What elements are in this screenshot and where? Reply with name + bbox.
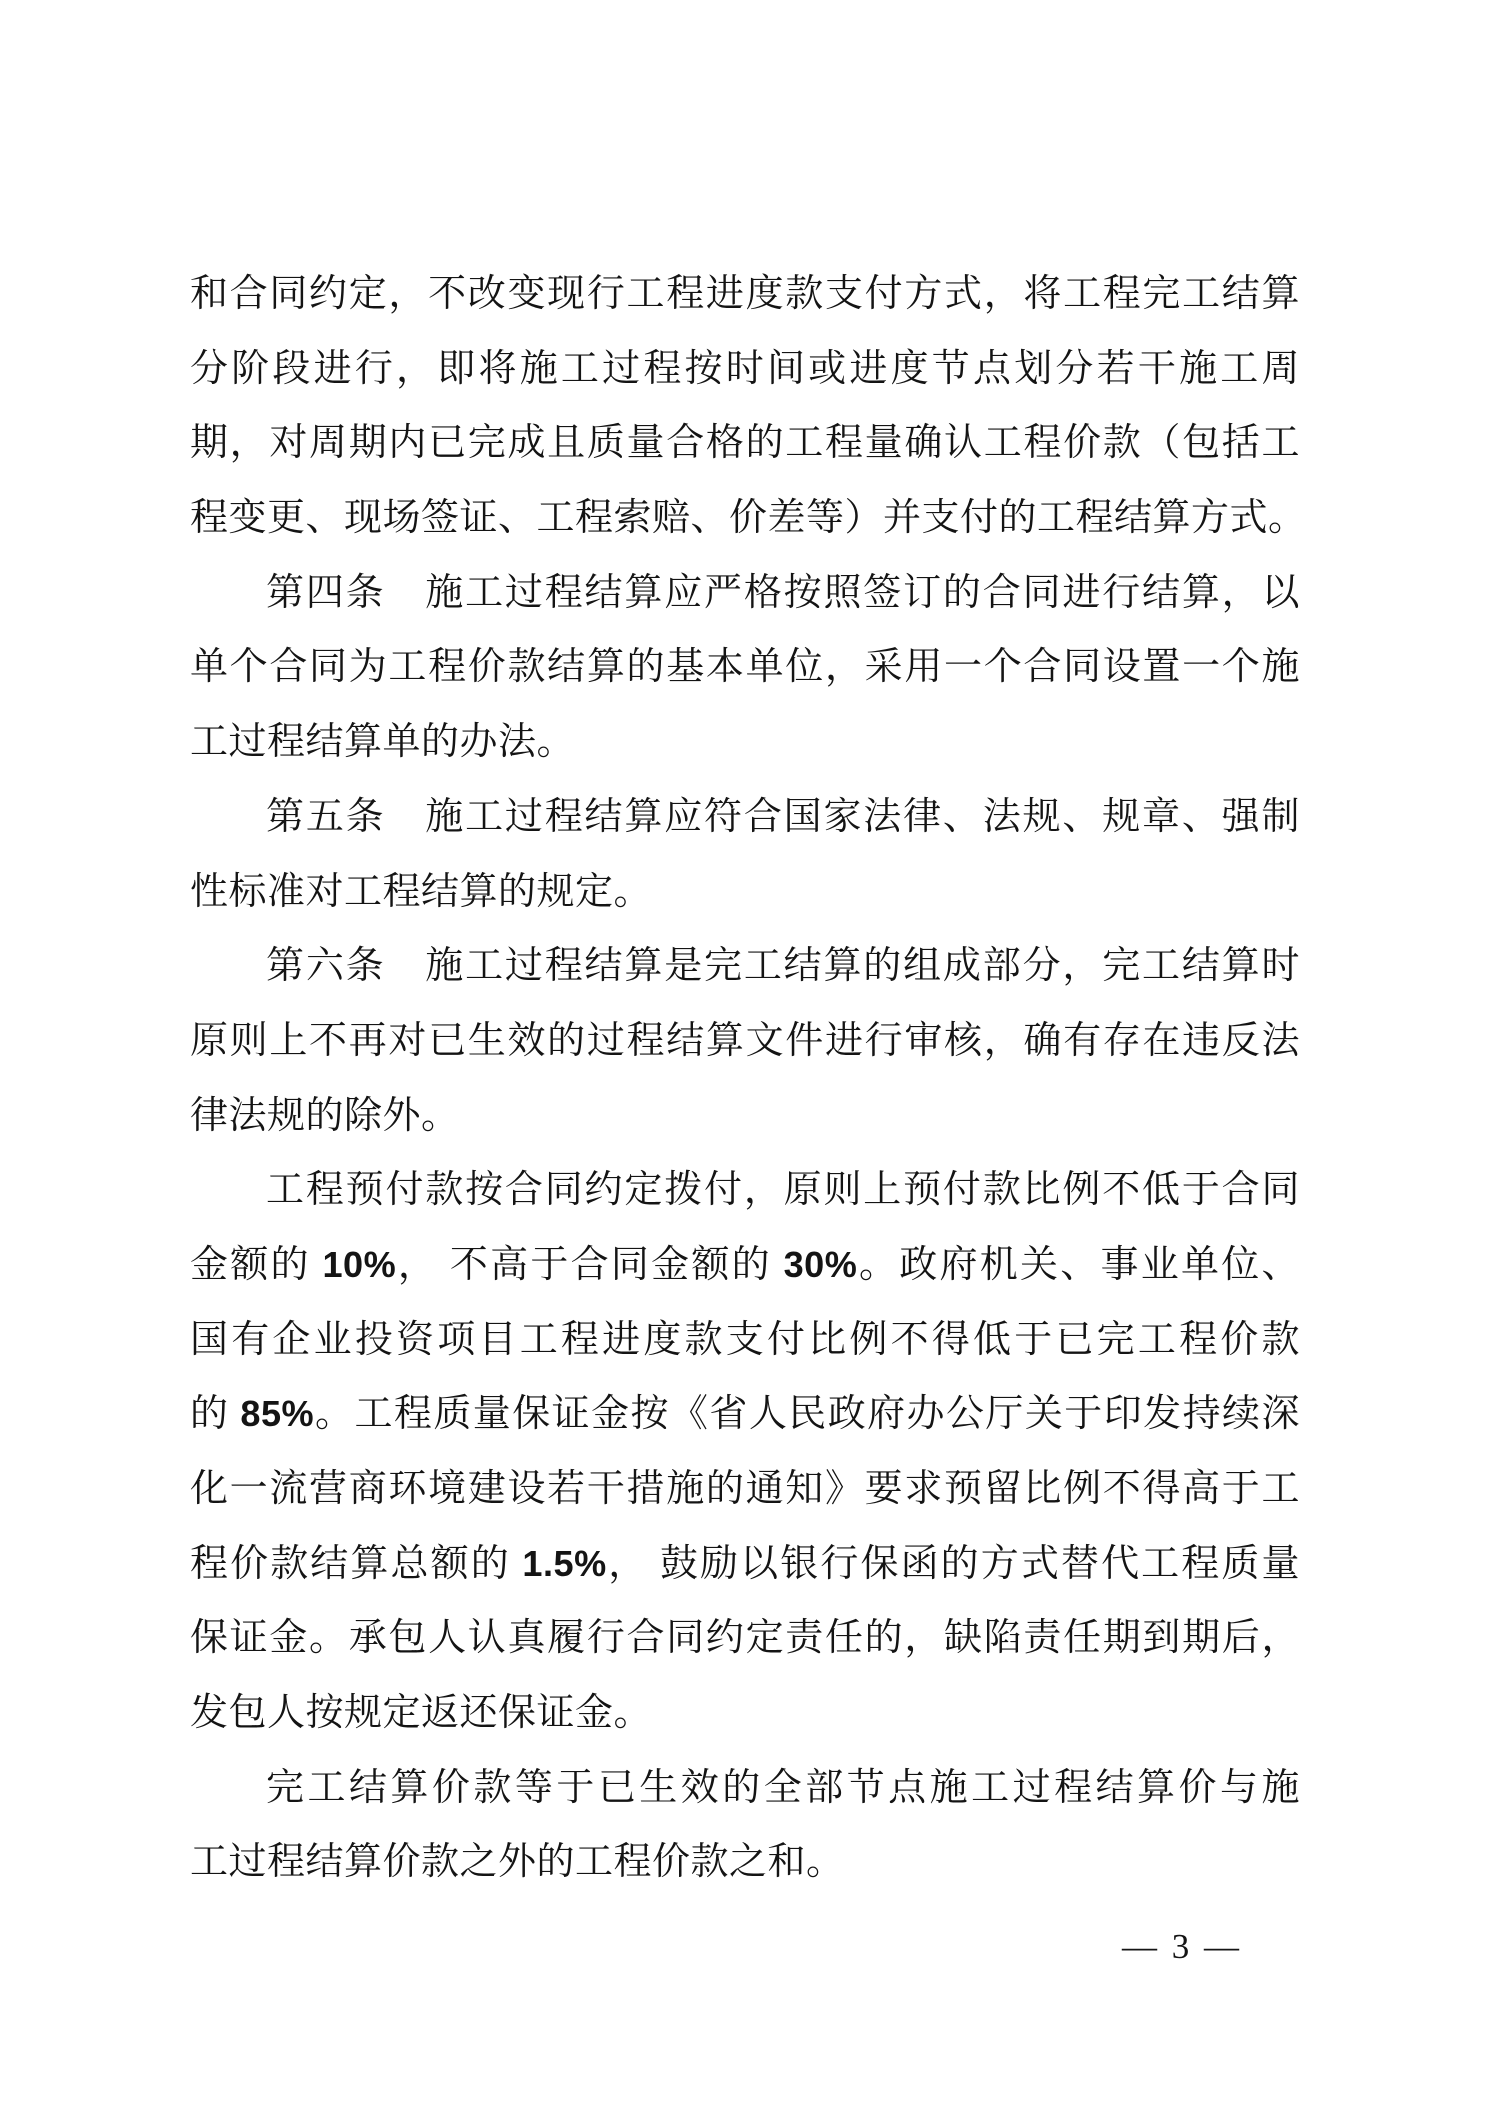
text-line: 程价款结算总额的 1.5%， 鼓励以银行保函的方式替代工程质量 <box>190 1527 1300 1602</box>
document-page: 和合同约定，不改变现行工程进度款支付方式，将工程完工结算分阶段进行，即将施工过程… <box>0 0 1488 2104</box>
body-text: 和合同约定，不改变现行工程进度款支付方式，将工程完工结算分阶段进行，即将施工过程… <box>190 257 1300 1900</box>
text-line: 化一流营商环境建设若干措施的通知》要求预留比例不得高于工 <box>190 1452 1300 1527</box>
numeric-value: 1.5% <box>522 1543 606 1584</box>
text-line: 保证金。承包人认真履行合同约定责任的，缺陷责任期到期后， <box>190 1601 1300 1676</box>
text-line: 发包人按规定返还保证金。 <box>190 1676 1300 1751</box>
text-line: 的 85%。工程质量保证金按《省人民政府办公厅关于印发持续深 <box>190 1377 1300 1452</box>
text-line: 金额的 10%， 不高于合同金额的 30%。政府机关、事业单位、 <box>190 1228 1300 1303</box>
text-line: 单个合同为工程价款结算的基本单位，采用一个合同设置一个施 <box>190 630 1300 705</box>
text-line: 第六条 施工过程结算是完工结算的组成部分，完工结算时 <box>190 929 1300 1004</box>
numeric-value: 30% <box>784 1244 858 1285</box>
text-line: 程变更、现场签证、工程索赔、价差等）并支付的工程结算方式。 <box>190 481 1300 556</box>
text-line: 完工结算价款等于已生效的全部节点施工过程结算价与施 <box>190 1751 1300 1826</box>
text-line: 分阶段进行，即将施工过程按时间或进度节点划分若干施工周 <box>190 332 1300 407</box>
text-line: 工过程结算单的办法。 <box>190 705 1300 780</box>
text-line: 律法规的除外。 <box>190 1079 1300 1154</box>
text-line: 性标准对工程结算的规定。 <box>190 855 1300 930</box>
text-line: 和合同约定，不改变现行工程进度款支付方式，将工程完工结算 <box>190 257 1300 332</box>
text-line: 第五条 施工过程结算应符合国家法律、法规、规章、强制 <box>190 780 1300 855</box>
text-line: 工过程结算价款之外的工程价款之和。 <box>190 1825 1300 1900</box>
page-number: — 3 — <box>1122 1926 1242 1968</box>
numeric-value: 10% <box>322 1244 396 1285</box>
text-line: 期，对周期内已完成且质量合格的工程量确认工程价款（包括工 <box>190 406 1300 481</box>
text-line: 工程预付款按合同约定拨付，原则上预付款比例不低于合同 <box>190 1153 1300 1228</box>
text-line: 第四条 施工过程结算应严格按照签订的合同进行结算，以 <box>190 556 1300 631</box>
text-line: 国有企业投资项目工程进度款支付比例不得低于已完工程价款 <box>190 1303 1300 1378</box>
numeric-value: 85% <box>240 1393 314 1434</box>
text-line: 原则上不再对已生效的过程结算文件进行审核，确有存在违反法 <box>190 1004 1300 1079</box>
